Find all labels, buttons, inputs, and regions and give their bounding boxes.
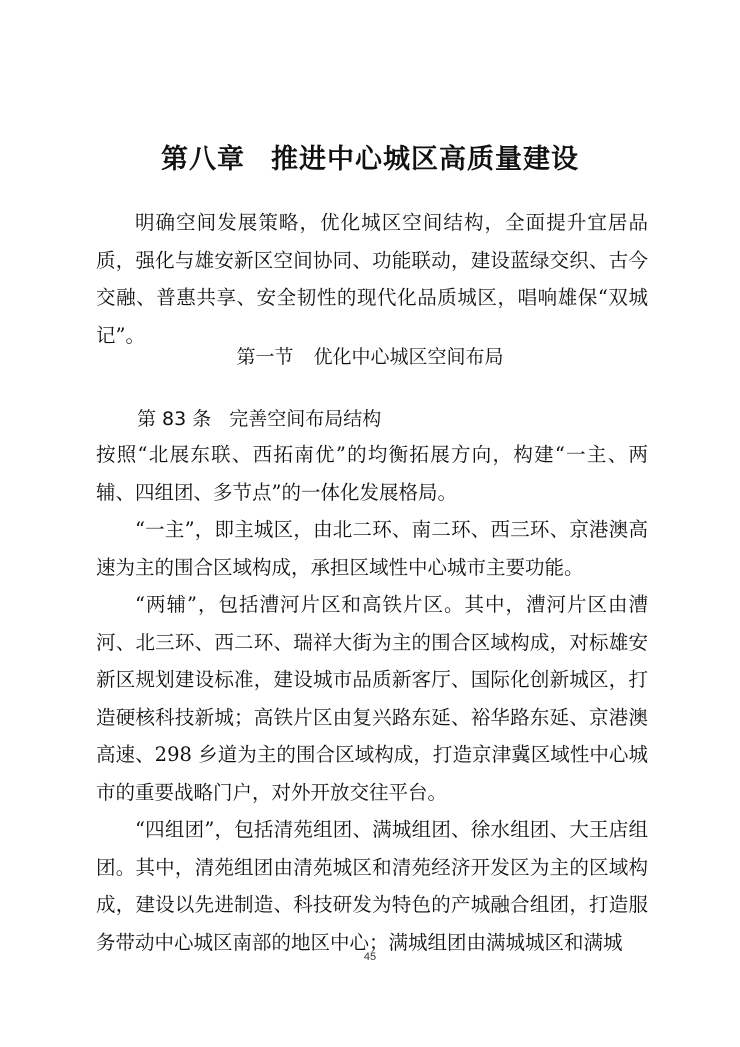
chapter-intro: 明确空间发展策略，优化城区空间结构，全面提升宜居品质，强化与雄安新区空间协同、功… [96, 204, 648, 354]
article-title: 第 83 条完善空间布局结构 [137, 402, 381, 436]
section-number: 第一节 [236, 346, 293, 368]
paragraph: 按照“北展东联、西拓南优”的均衡拓展方向，构建“一主、两辅、四组团、多节点”的一… [96, 436, 648, 511]
section-title: 第一节优化中心城区空间布局 [0, 340, 740, 374]
article-heading: 完善空间布局结构 [229, 408, 381, 430]
chapter-heading: 推进中心城区高质量建设 [271, 144, 579, 175]
intro-paragraph: 明确空间发展策略，优化城区空间结构，全面提升宜居品质，强化与雄安新区空间协同、功… [96, 204, 648, 354]
document-page: 第八章推进中心城区高质量建设 明确空间发展策略，优化城区空间结构，全面提升宜居品… [0, 0, 740, 1047]
article-number: 第 83 条 [137, 408, 211, 430]
page-number: 45 [0, 951, 740, 963]
paragraph: “四组团”，包括清苑组团、满城组团、徐水组团、大王店组团。其中，清苑组团由清苑城… [96, 811, 648, 961]
article-body: 按照“北展东联、西拓南优”的均衡拓展方向，构建“一主、两辅、四组团、多节点”的一… [96, 436, 648, 961]
paragraph: “一主”，即主城区，由北二环、南二环、西三环、京港澳高速为主的围合区域构成，承担… [96, 511, 648, 586]
chapter-number: 第八章 [161, 144, 245, 175]
paragraph: “两辅”，包括漕河片区和高铁片区。其中，漕河片区由漕河、北三环、西二环、瑞祥大街… [96, 586, 648, 811]
section-heading: 优化中心城区空间布局 [314, 346, 504, 368]
chapter-title: 第八章推进中心城区高质量建设 [0, 140, 740, 180]
